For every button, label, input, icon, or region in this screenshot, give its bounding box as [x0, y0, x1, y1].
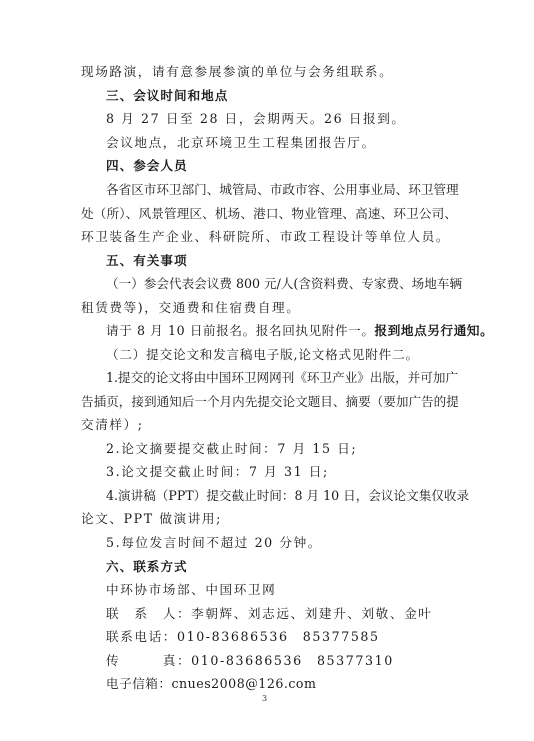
paragraph-line: 5.每位发言时间不超过 20 分钟。: [106, 532, 457, 554]
contact-email: 电子信箱：cnues2008@126.com: [106, 673, 457, 695]
section-heading-time-place: 三、会议时间和地点: [106, 85, 457, 107]
document-page: 现场路演，请有意参展参演的单位与会务组联系。 三、会议时间和地点 8 月 27 …: [0, 0, 534, 741]
section-heading-contact: 六、联系方式: [106, 556, 457, 578]
section-heading-related-matters: 五、有关事项: [106, 250, 457, 272]
paragraph-line: 3.论文提交截止时间：7 月 31 日;: [106, 461, 457, 483]
contact-phone: 联系电话：010-83686536 85377585: [106, 626, 457, 648]
contact-organization: 中环协市场部、中国环卫网: [106, 579, 457, 601]
paragraph-line: 环卫装备生产企业、科研院所、市政工程设计等单位人员。: [81, 226, 457, 248]
contact-persons: 联 系 人：李朝辉、刘志远、刘建升、刘敬、金叶: [106, 603, 457, 625]
paragraph-line: 处（所）、风景管理区、机场、港口、物业管理、高速、环卫公司、: [81, 203, 457, 225]
paragraph-line: （一）参会代表会议费 800 元/人(含资料费、专家费、场地车辆: [106, 273, 457, 295]
paragraph-line: （二）提交论文和发言稿电子版,论文格式见附件二。: [106, 344, 457, 366]
paragraph-line-registration: 请于 8 月 10 日前报名。报名回执见附件一。报到地点另行通知。: [106, 320, 457, 342]
paragraph-line: 会议地点，北京环境卫生工程集团报告厅。: [106, 132, 457, 154]
paragraph-line: 8 月 27 日至 28 日，会期两天。26 日报到。: [106, 108, 457, 130]
paragraph-line: 各省区市环卫部门、城管局、市政市容、公用事业局、环卫管理: [106, 179, 457, 201]
contact-fax: 传 真：010-83686536 85377310: [106, 650, 457, 672]
paragraph-line: 租赁费等)，交通费和住宿费自理。: [81, 297, 457, 319]
paragraph-line: 交清样）;: [81, 414, 457, 436]
paragraph-line: 现场路演，请有意参展参演的单位与会务组联系。: [81, 61, 457, 83]
section-heading-attendees: 四、参会人员: [106, 155, 457, 177]
registration-text: 请于 8 月 10 日前报名。报名回执见附件一。: [106, 323, 375, 338]
paragraph-line: 1.提交的论文将由中国环卫网网刊《环卫产业》出版，并可加广: [106, 367, 457, 389]
page-number: 3: [262, 694, 267, 703]
paragraph-line: 告插页，接到通知后一个月内先提交论文题目、摘要（要加广告的提: [81, 391, 457, 413]
registration-notice-bold: 报到地点另行通知。: [375, 323, 494, 338]
paragraph-line: 论文、PPT 做演讲用;: [81, 508, 457, 530]
paragraph-line: 4.演讲稿（PPT）提交截止时间：8 月 10 日，会议论文集仅收录: [106, 485, 457, 507]
paragraph-line: 2.论文摘要提交截止时间：7 月 15 日;: [106, 438, 457, 460]
